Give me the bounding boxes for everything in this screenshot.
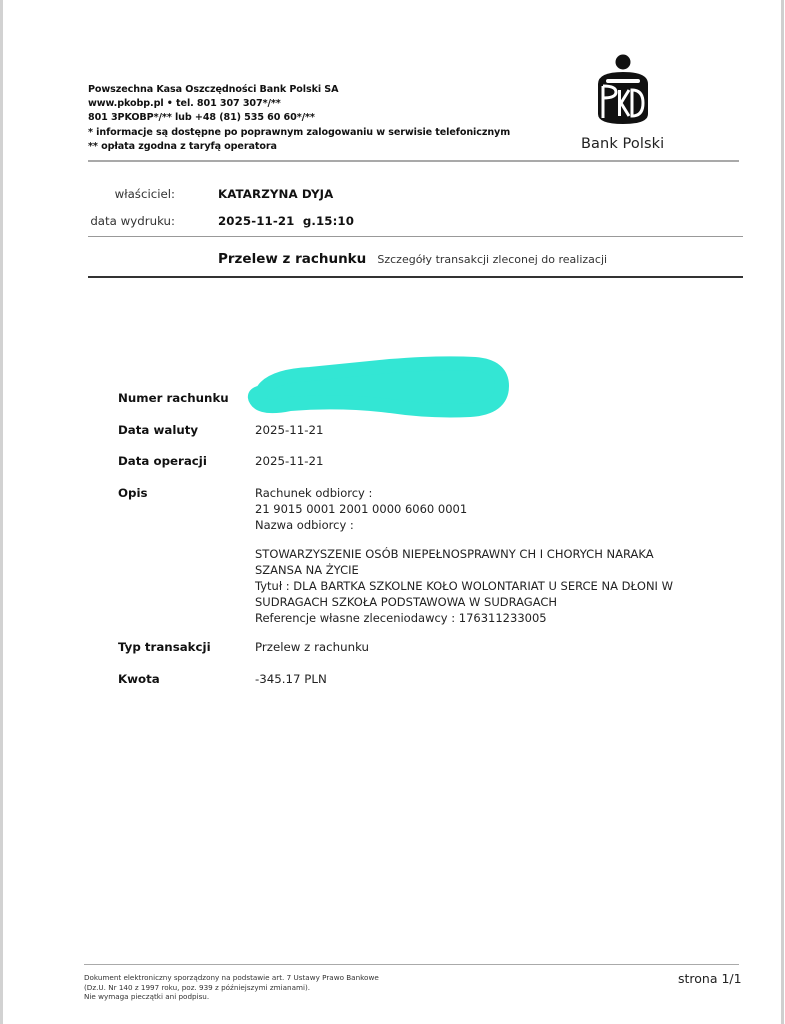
owner-value: KATARZYNA DYJA [218,187,333,201]
pko-logo-icon [594,54,652,126]
legal-note: Dokument elektroniczny sporządzony na po… [84,973,379,1002]
transaction-type-label: Typ transakcji [118,640,211,654]
transaction-type: Przelew z rachunku [255,640,369,654]
section-title-main: Przelew z rachunku [218,251,366,267]
description: Rachunek odbiorcy : 21 9015 0001 2001 00… [255,486,673,626]
divider-meta [88,236,743,237]
page-number: strona 1/1 [678,971,742,986]
legal-line: (Dz.U. Nr 140 z 1997 roku, poz. 939 z pó… [84,983,379,993]
page-edge-right [781,0,784,1024]
divider-section [88,276,743,278]
operation-date: 2025-11-21 [255,454,324,468]
description-line: Referencje własne zleceniodawcy : 176311… [255,611,673,627]
description-gap [255,533,673,547]
amount-label: Kwota [118,672,160,686]
owner-label: właściciel: [55,187,175,201]
bank-contact: www.pkobp.pl • tel. 801 307 307*/** [88,97,510,111]
value-date-label: Data waluty [118,423,198,437]
print-date-label: data wydruku: [55,214,175,228]
bank-note-1: * informacje są dostępne po poprawnym za… [88,126,510,140]
section-title: Przelew z rachunku Szczegóły transakcji … [218,248,607,267]
logo-text: Bank Polski [581,136,664,152]
divider-header [88,160,739,162]
amount: -345.17 PLN [255,672,327,686]
description-line: SUDRAGACH SZKOŁA PODSTAWOWA W SUDRAGACH [255,595,673,611]
legal-line: Nie wymaga pieczątki ani podpisu. [84,992,379,1002]
print-date-value: 2025-11-21 g.15:10 [218,214,354,228]
page-edge-left [0,0,3,1024]
bank-phone: 801 3PKOBP*/** lub +48 (81) 535 60 60*/*… [88,111,510,125]
redaction-scribble [240,356,512,418]
section-subtitle: Szczegóły transakcji zleconej do realiza… [377,253,607,266]
bank-note-2: ** opłata zgodna z taryfą operatora [88,140,510,154]
description-line: STOWARZYSZENIE OSÓB NIEPEŁNOSPRAWNY CH I… [255,547,673,563]
operation-date-label: Data operacji [118,454,207,468]
value-date: 2025-11-21 [255,423,324,437]
account-number-label: Numer rachunku [118,391,229,405]
bank-info: Powszechna Kasa Oszczędności Bank Polski… [88,83,510,154]
bank-name: Powszechna Kasa Oszczędności Bank Polski… [88,83,510,97]
description-line: Nazwa odbiorcy : [255,518,673,534]
description-line: SZANSA NA ŻYCIE [255,563,673,579]
description-label: Opis [118,486,148,500]
description-line: Tytuł : DLA BARTKA SZKOLNE KOŁO WOLONTAR… [255,579,673,595]
legal-line: Dokument elektroniczny sporządzony na po… [84,973,379,983]
description-line: 21 9015 0001 2001 0000 6060 0001 [255,502,673,518]
description-line: Rachunek odbiorcy : [255,486,673,502]
divider-footer [84,964,739,965]
